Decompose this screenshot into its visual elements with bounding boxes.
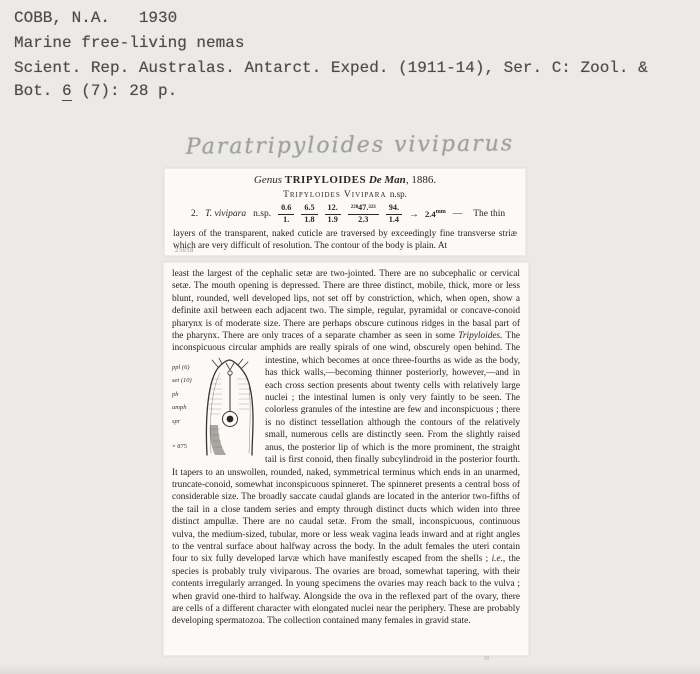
entry-number: 2. (191, 209, 198, 219)
taxon-italic: Tripyloides. (458, 331, 502, 341)
catalog-number-stamp: 23658 (175, 247, 194, 254)
figure-label: ph (172, 388, 204, 402)
magnification-label: × 875 (172, 441, 187, 453)
figure-label-column: ppl (6) set (10) ph amph spr (172, 361, 204, 429)
description-text: , the species is probably truly viviparo… (172, 554, 520, 626)
scanned-index-card: COBB, N.A. 1930 Marine free-living nemas… (0, 0, 700, 674)
genus-heading: Genus TRIPYLOIDES De Man, 1886. (173, 174, 517, 186)
description-lead-in: The thin (473, 209, 505, 219)
volume-number: 6 (62, 82, 72, 101)
species-heading: Tripyloides Vivipara n.sp. (173, 189, 517, 200)
ie-italic: i.e. (492, 554, 503, 564)
genus-name: TRIPYLOIDES (285, 174, 366, 186)
handwritten-species-name: Paratripyloides viviparus (175, 131, 525, 160)
formula-fraction: 0.61. (278, 204, 294, 225)
cobb-measurement-formula: 2. T. vivipara n.sp. 0.61. 6.51.8 12.1.9… (173, 204, 517, 225)
formula-fraction: 94.1.4 (386, 204, 402, 225)
species-name: Tripyloides Vivipara (283, 190, 386, 200)
species-suffix: n.sp. (390, 189, 407, 199)
typewriter-header: COBB, N.A. 1930 Marine free-living nemas… (14, 6, 674, 101)
pencil-mark: ≈ (484, 653, 490, 664)
formula-fraction: 6.51.8 (301, 204, 317, 225)
citation-title: Marine free-living nemas (14, 31, 674, 56)
genus-year: , 1886. (406, 174, 436, 186)
clipping-species-description: least the largest of the cephalic setæ a… (163, 262, 529, 656)
citation-author-year: COBB, N.A. 1930 (14, 6, 674, 31)
nematode-head-drawing (202, 357, 258, 457)
description-paragraph: least the largest of the cephalic setæ a… (172, 268, 520, 628)
clipping-genus-heading: Genus TRIPYLOIDES De Man, 1886. Tripyloi… (164, 168, 526, 256)
formula-nsp: n.sp. (253, 209, 271, 219)
arrow-icon: → (409, 209, 418, 220)
genus-authority: De Man (369, 174, 406, 186)
dash: — (453, 209, 463, 219)
citation-source-line2: Bot. 6 (7): 28 p. (14, 81, 674, 101)
formula-fraction: 12.1.9 (325, 204, 341, 225)
body-length: 2.4mm (425, 209, 446, 219)
genus-label: Genus (254, 174, 282, 186)
formula-fraction: ²²⁸47.³²³2.3 (348, 204, 379, 225)
head-figure: ppl (6) set (10) ph amph spr × 875 (172, 357, 260, 457)
length-unit: mm (436, 209, 446, 215)
figure-label: spr (172, 415, 204, 429)
scan-edge-shadow (0, 664, 700, 674)
figure-label: amph (172, 401, 204, 415)
description-first-lines: layers of the transparent, naked cuticle… (173, 228, 517, 253)
figure-label: set (10) (172, 374, 204, 388)
citation-source-line1: Scient. Rep. Australas. Antarct. Exped. … (14, 56, 674, 81)
figure-label: ppl (6) (172, 361, 204, 375)
formula-species: T. vivipara (205, 209, 246, 219)
